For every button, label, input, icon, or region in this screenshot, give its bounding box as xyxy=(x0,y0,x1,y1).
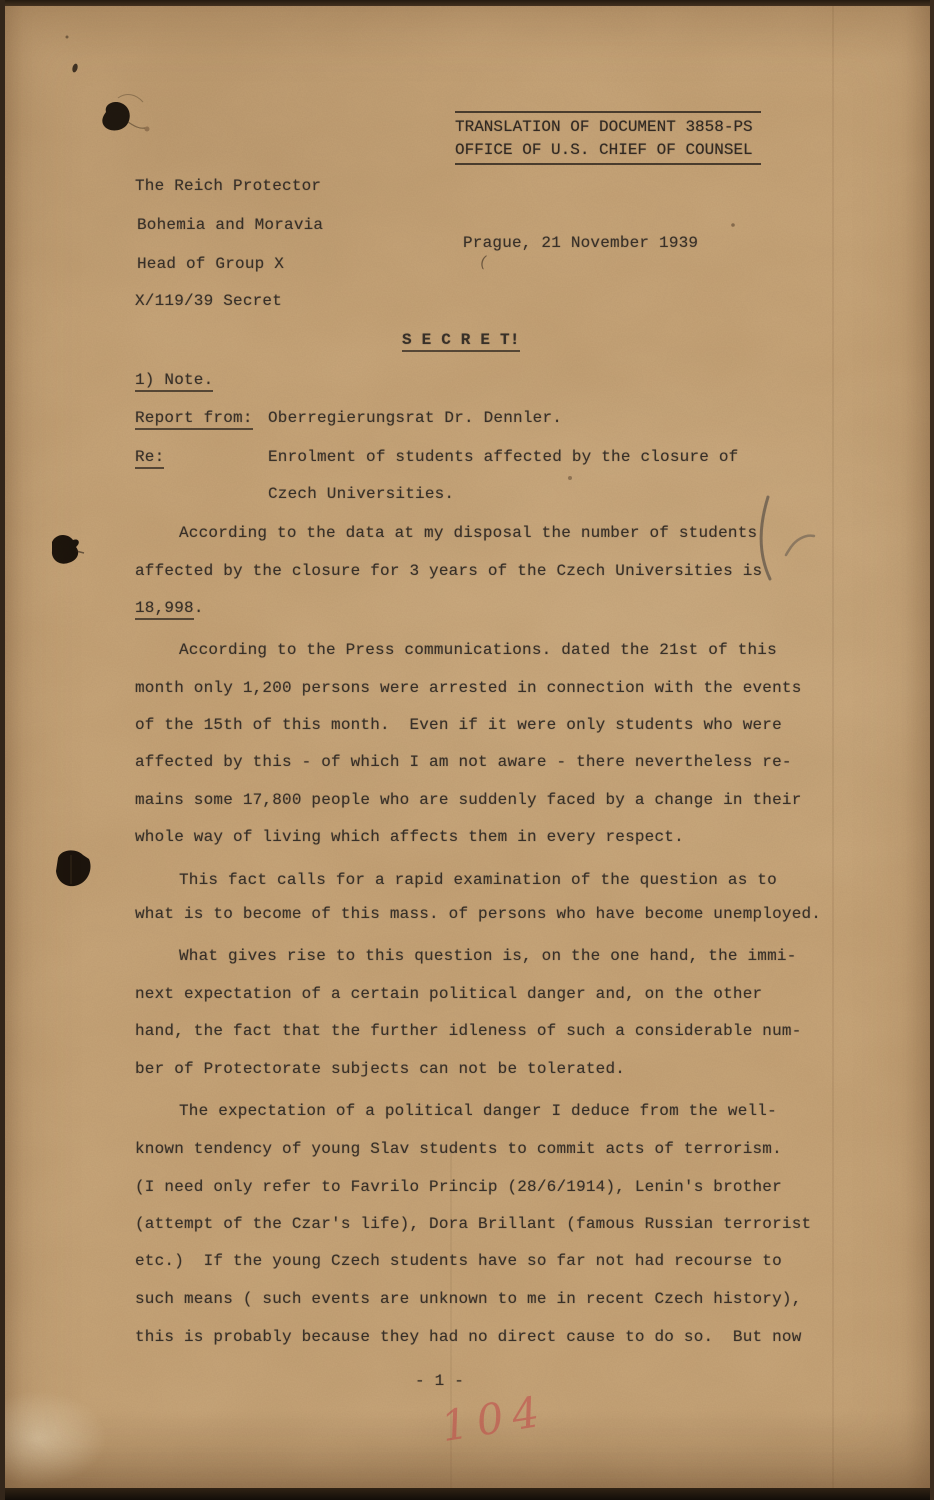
body-line: affected by the closure for 3 years of t… xyxy=(135,561,762,581)
pencil-margin-mark xyxy=(761,497,814,579)
body-line: hand, the fact that the further idleness… xyxy=(135,1021,802,1041)
letterhead-line-2: Bohemia and Moravia xyxy=(137,215,323,235)
body-line: This fact calls for a rapid examination … xyxy=(135,870,777,890)
dateline: Prague, 21 November 1939 xyxy=(463,233,698,253)
stray-typed-mark: ( xyxy=(477,253,490,272)
report-from-value: Oberregierungsrat Dr. Dennler. xyxy=(268,408,562,428)
body-line: According to the Press communications. d… xyxy=(135,640,777,660)
body-line: what is to become of this mass. of perso… xyxy=(135,904,821,924)
re-value-line-1: Enrolment of students affected by the cl… xyxy=(268,447,738,467)
letterhead-line-3: Head of Group X xyxy=(137,254,284,274)
letterhead-line-1: The Reich Protector xyxy=(135,176,321,196)
body-line: known tendency of young Slav students to… xyxy=(135,1139,782,1159)
handwritten-exhibit-number: 104 xyxy=(438,1390,550,1448)
stamp-line-2: OFFICE OF U.S. CHIEF OF COUNSEL xyxy=(455,139,761,165)
ink-blot-lower xyxy=(56,850,91,886)
body-line: According to the data at my disposal the… xyxy=(135,523,757,543)
body-line: affected by this - of which I am not awa… xyxy=(135,752,792,772)
paper-crease-right xyxy=(832,0,834,1500)
body-line: The expectation of a political danger I … xyxy=(135,1101,777,1121)
body-line: (attempt of the Czar's life), Dora Brill… xyxy=(135,1214,811,1234)
classification-heading: S E C R E T! xyxy=(402,330,520,350)
note-heading: 1) Note. xyxy=(135,370,213,390)
body-line: (I need only refer to Favrilo Princip (2… xyxy=(135,1177,782,1197)
body-line: next expectation of a certain political … xyxy=(135,984,762,1004)
letterhead-line-4: X/119/39 Secret xyxy=(135,291,282,311)
body-line: etc.) If the young Czech students have s… xyxy=(135,1251,782,1271)
scan-edge-left xyxy=(0,0,5,1500)
scan-edge-top xyxy=(0,0,934,6)
stamp-line-1: TRANSLATION OF DOCUMENT 3858-PS xyxy=(455,116,761,139)
body-line: mains some 17,800 people who are suddenl… xyxy=(135,790,802,810)
body-line: What gives rise to this question is, on … xyxy=(135,946,797,966)
translation-stamp: TRANSLATION OF DOCUMENT 3858-PS OFFICE O… xyxy=(455,111,761,165)
body-line: month only 1,200 persons were arrested i… xyxy=(135,678,802,698)
body-line: such means ( such events are unknown to … xyxy=(135,1289,802,1309)
scan-edge-right xyxy=(930,0,934,1500)
report-from-label: Report from: xyxy=(135,408,253,428)
body-line-figure: 18,998. xyxy=(135,598,204,618)
ink-blot-middle xyxy=(52,535,84,564)
re-label: Re: xyxy=(135,447,164,467)
scan-edge-bottom xyxy=(0,1488,934,1500)
body-line: of the 15th of this month. Even if it we… xyxy=(135,715,782,735)
underlined-figure: 18,998 xyxy=(135,599,194,620)
document-page: TRANSLATION OF DOCUMENT 3858-PS OFFICE O… xyxy=(0,0,934,1500)
ink-blot-top xyxy=(102,95,149,132)
body-line: whole way of living which affects them i… xyxy=(135,827,684,847)
body-line: ber of Protectorate subjects can not be … xyxy=(135,1059,625,1079)
re-value-line-2: Czech Universities. xyxy=(268,484,454,504)
paper-crease-bottom xyxy=(450,1150,452,1500)
body-line: this is probably because they had no dir… xyxy=(135,1327,802,1347)
page-number: - 1 - xyxy=(415,1371,464,1391)
